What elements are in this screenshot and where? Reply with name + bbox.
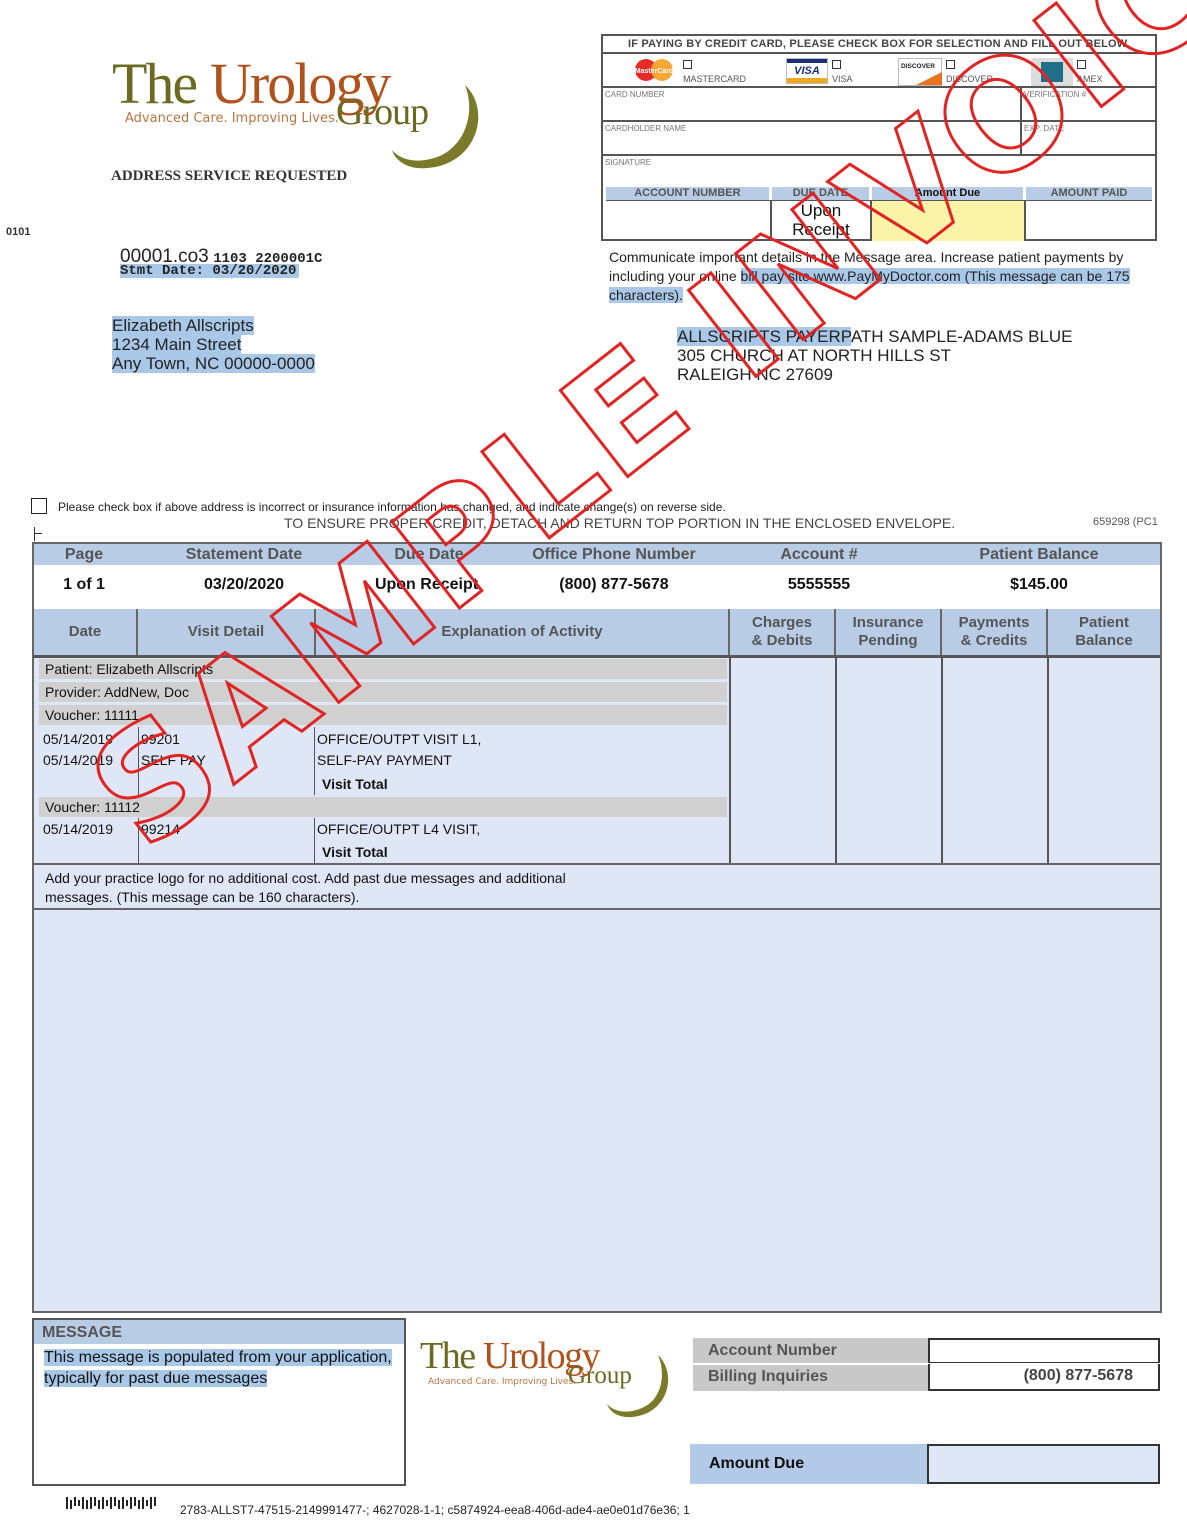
card-number-label: CARD NUMBER — [605, 90, 665, 99]
divider — [34, 908, 1160, 910]
patient-row: Patient: Elizabeth Allscripts — [39, 659, 727, 679]
address-change-note: Please check box if above address is inc… — [58, 500, 726, 514]
checkbox-amex[interactable] — [1077, 60, 1086, 69]
card-option-amex[interactable]: AMEX — [1031, 58, 1103, 87]
row-explanation: SELF-PAY PAYMENT — [317, 750, 452, 770]
visit-total: Visit Total — [322, 842, 388, 862]
cc-header: IF PAYING BY CREDIT CARD, PLEASE CHECK B… — [603, 36, 1155, 54]
card-label: VISA — [832, 74, 853, 84]
detach-note: TO ENSURE PROPER CREDIT, DETACH AND RETU… — [284, 515, 955, 531]
account-number-field[interactable] — [928, 1338, 1160, 1363]
divider — [1047, 655, 1049, 863]
card-option-visa[interactable]: VISA VISA — [786, 58, 853, 87]
row-date: 05/14/2019 — [43, 819, 113, 839]
message-box: MESSAGE This message is populated from y… — [32, 1318, 406, 1486]
divider — [835, 655, 837, 863]
account-number-row: Account Number — [693, 1338, 1160, 1363]
corner-mark-h — [34, 533, 42, 534]
row-date: 05/14/2019 — [43, 729, 113, 749]
logo-tagline: Advanced Care. Improving Lives. — [428, 1377, 576, 1387]
signature-label: SIGNATURE — [605, 158, 651, 167]
message-title: MESSAGE — [34, 1320, 404, 1344]
logo-the: The — [112, 50, 196, 117]
address-service-requested: ADDRESS SERVICE REQUESTED — [111, 168, 347, 185]
cardholder-row[interactable]: CARDHOLDER NAME EXP. DATE — [603, 122, 1155, 156]
amount-due-label: Amount Due — [690, 1444, 927, 1484]
billing-phone: (800) 877-5678 — [928, 1364, 1160, 1391]
form-code: 659298 (PC1 — [1093, 516, 1158, 528]
card-option-discover[interactable]: DISCOVER DISCOVER — [898, 58, 993, 87]
card-options: MasterCard MASTERCARD VISA VISA DISCOVER… — [603, 54, 1155, 88]
voucher-row: Voucher: 11112 — [39, 797, 727, 817]
amount-due-row: Amount Due — [690, 1444, 1160, 1484]
divider — [138, 727, 139, 795]
patient-city: Any Town, NC 00000-0000 — [112, 354, 315, 373]
row-detail: SELF PAY — [141, 750, 206, 770]
svg-text:MasterCard: MasterCard — [635, 68, 674, 75]
payto-line1a: ALLSCRIPTS PAYERP — [677, 327, 851, 346]
col-visit-detail: Visit Detail — [138, 609, 316, 655]
sum-page: 1 of 1 — [34, 565, 134, 605]
card-option-mastercard[interactable]: MasterCard MASTERCARD — [629, 58, 746, 87]
message-body: This message is populated from your appl… — [44, 1349, 392, 1387]
credit-card-form: IF PAYING BY CREDIT CARD, PLEASE CHECK B… — [601, 34, 1157, 241]
verification-label: VERIFICATION # — [1024, 90, 1086, 99]
row-explanation: OFFICE/OUTPT VISIT L1, — [317, 729, 481, 749]
voucher-row: Voucher: 11111 — [39, 705, 727, 725]
sum-stmt-date: 03/20/2020 — [154, 565, 334, 605]
summary-values: 1 of 1 03/20/2020 Upon Receipt (800) 877… — [34, 565, 1160, 611]
pay-due-date-value: UponReceipt — [772, 201, 872, 241]
pay-header-account: ACCOUNT NUMBER — [606, 187, 769, 200]
row-explanation: OFFICE/OUTPT L4 VISIT, — [317, 819, 480, 839]
divider — [941, 655, 943, 863]
pay-header-amount-due: Amount Due — [872, 187, 1023, 200]
summary-header: Page Statement Date Due Date Office Phon… — [34, 544, 1160, 565]
sum-due-date: Upon Receipt — [354, 565, 499, 605]
visit-total: Visit Total — [322, 774, 388, 794]
stmt-date: Stmt Date: 03/20/2020 — [120, 264, 299, 278]
pay-amount-paid-field[interactable] — [1026, 201, 1152, 241]
col-insurance: Insurance Pending — [836, 609, 942, 655]
postal-barcode-icon — [66, 1497, 158, 1509]
col-payments: Payments & Credits — [942, 609, 1048, 655]
col-explanation: Explanation of Activity — [316, 609, 730, 655]
activity-column-headers: Date Visit Detail Explanation of Activit… — [34, 609, 1160, 658]
divider — [729, 655, 731, 863]
checkbox-visa[interactable] — [832, 60, 841, 69]
corner-mark — [34, 527, 35, 541]
divider — [314, 727, 315, 795]
pay-header-amount-paid: AMOUNT PAID — [1026, 187, 1152, 200]
provider-row: Provider: AddNew, Doc — [39, 682, 727, 702]
sum-phone: (800) 877-5678 — [509, 565, 719, 605]
exp-date-field[interactable]: EXP. DATE — [1020, 122, 1022, 154]
card-label: DISCOVER — [946, 74, 993, 84]
sum-header-due-date: Due Date — [364, 544, 494, 565]
pay-header-due-date: DUE DATE — [772, 187, 869, 200]
practice-logo: The Urology Group Advanced Care. Improvi… — [112, 50, 487, 175]
table-footer-message: Add your practice logo for no additional… — [34, 864, 594, 909]
sum-account: 5555555 — [754, 565, 884, 605]
billing-label: Billing Inquiries — [693, 1365, 928, 1391]
sum-header-page: Page — [34, 544, 134, 565]
exp-date-label: EXP. DATE — [1024, 124, 1064, 133]
logo-tagline: Advanced Care. Improving Lives. — [125, 111, 339, 126]
sum-header-account: Account # — [754, 544, 884, 565]
discover-logo-icon: DISCOVER — [898, 58, 942, 86]
mastercard-logo-icon: MasterCard — [629, 58, 679, 82]
patient-street: 1234 Main Street — [112, 335, 241, 354]
row-date: 05/14/2019 — [43, 750, 113, 770]
divider — [314, 818, 315, 863]
side-code: 0101 — [6, 226, 30, 238]
col-date: Date — [34, 609, 138, 655]
col-balance: Patient Balance — [1048, 609, 1160, 655]
pay-account-field[interactable] — [606, 201, 772, 241]
patient-name: Elizabeth Allscripts — [112, 316, 254, 335]
pay-amount-due-field[interactable] — [872, 201, 1026, 241]
cardholder-label: CARDHOLDER NAME — [605, 124, 686, 133]
checkbox-discover[interactable] — [946, 60, 955, 69]
top-message: Communicate important details in the Mes… — [609, 248, 1154, 305]
visa-logo-icon: VISA — [786, 58, 828, 84]
logo-the: The — [420, 1334, 475, 1378]
account-number-label: Account Number — [693, 1338, 928, 1363]
logo-swoosh-icon — [590, 1352, 675, 1422]
divider — [138, 818, 139, 863]
amex-logo-icon — [1031, 58, 1073, 86]
payment-summary: ACCOUNT NUMBER DUE DATE Amount Due AMOUN… — [606, 187, 1152, 241]
row-detail: 99214 — [141, 819, 180, 839]
divider — [34, 863, 1160, 865]
billing-inquiries-row: Billing Inquiries (800) 877-5678 — [693, 1365, 1160, 1391]
logo-swoosh-icon — [367, 80, 487, 175]
practice-logo-small: The Urology Group Advanced Care. Improvi… — [420, 1334, 680, 1424]
payto-line3: RALEIGH NC 27609 — [677, 365, 1073, 384]
card-number-row[interactable]: CARD NUMBER VERIFICATION # — [603, 88, 1155, 122]
sum-header-phone: Office Phone Number — [509, 544, 719, 565]
sum-header-balance: Patient Balance — [954, 544, 1124, 565]
payto-line2: 305 CHURCH AT NORTH HILLS ST — [677, 346, 1073, 365]
verification-field[interactable]: VERIFICATION # — [1020, 88, 1022, 120]
payto-line1b: ATH SAMPLE-ADAMS BLUE — [851, 327, 1073, 346]
row-detail: 99201 — [141, 729, 180, 749]
svg-text:DISCOVER: DISCOVER — [901, 63, 935, 70]
sum-balance: $145.00 — [954, 565, 1124, 605]
patient-address: Elizabeth Allscripts 1234 Main Street An… — [112, 316, 315, 373]
col-charges: Charges & Debits — [730, 609, 836, 655]
checkbox-mastercard[interactable] — [683, 60, 692, 69]
signature-field[interactable]: SIGNATURE — [603, 156, 1155, 186]
remit-to-address: ALLSCRIPTS PAYERPATH SAMPLE-ADAMS BLUE 3… — [677, 327, 1073, 384]
card-label: MASTERCARD — [683, 74, 746, 84]
statement-table: Page Statement Date Due Date Office Phon… — [32, 542, 1162, 1313]
address-change-checkbox[interactable] — [31, 498, 47, 514]
svg-text:VISA: VISA — [794, 65, 820, 77]
card-label: AMEX — [1077, 74, 1103, 84]
sum-header-stmt-date: Statement Date — [154, 544, 334, 565]
footer-reference: 2783-ALLST7-47515-2149991477-; 4627028-1… — [180, 1503, 690, 1517]
amount-due-field[interactable] — [927, 1444, 1160, 1484]
